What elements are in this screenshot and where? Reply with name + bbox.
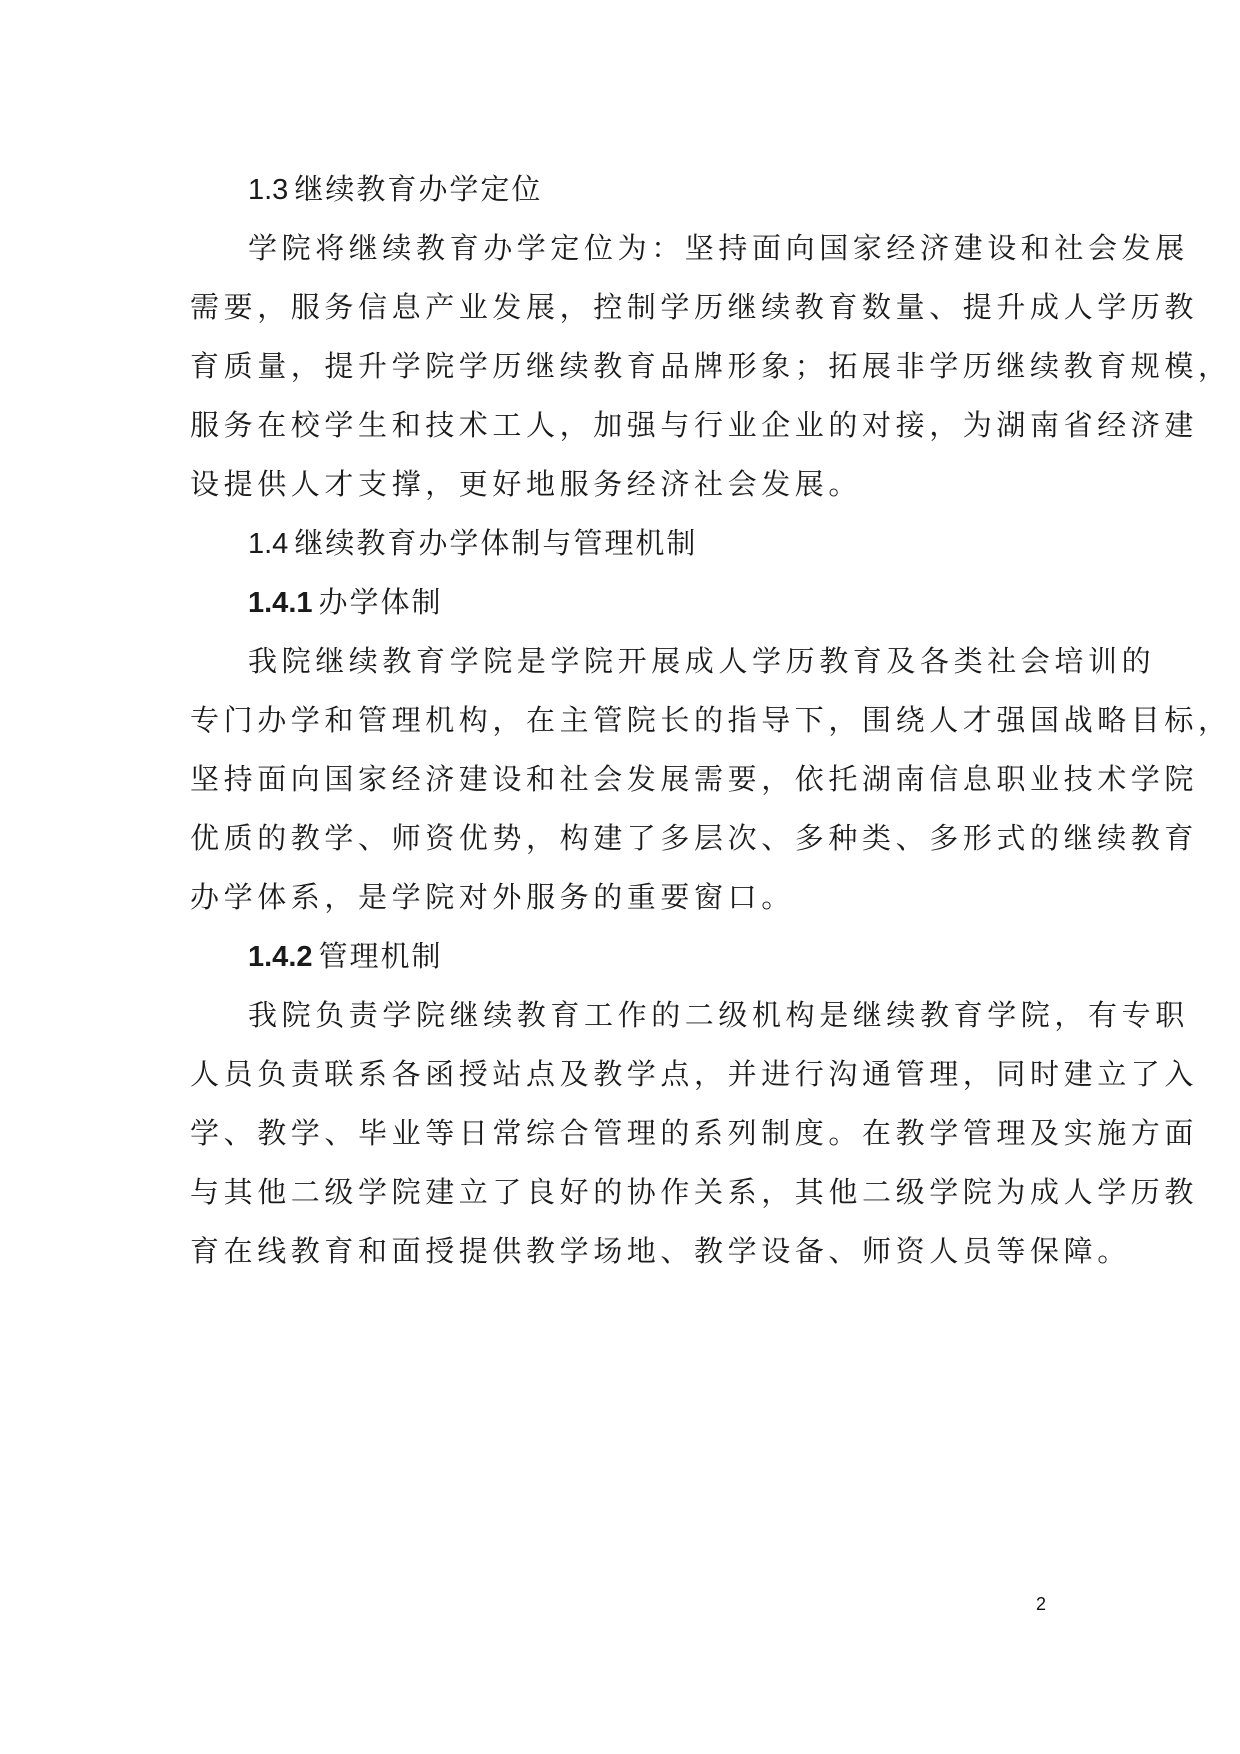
- section-number: 1.3: [248, 174, 288, 206]
- paragraph-line: 服务在校学生和技术工人，加强与行业企业的对接，为湖南省经济建: [190, 396, 1060, 455]
- subsection-heading-1-4-2: 1.4.2管理机制: [190, 927, 1060, 986]
- paragraph-line: 育质量，提升学院学历继续教育品牌形象；拓展非学历继续教育规模，: [190, 337, 1060, 396]
- paragraph-school-system: 我院继续教育学院是学院开展成人学历教育及各类社会培训的 专门办学和管理机构，在主…: [190, 632, 1060, 927]
- paragraph-line: 需要，服务信息产业发展，控制学历继续教育数量、提升成人学历教: [190, 278, 1060, 337]
- paragraph-line: 学、教学、毕业等日常综合管理的系列制度。在教学管理及实施方面: [190, 1104, 1060, 1163]
- subsection-number: 1.4.1: [248, 587, 313, 619]
- document-page: 1.3继续教育办学定位 学院将继续教育办学定位为：坚持面向国家经济建设和社会发展…: [0, 0, 1240, 1754]
- page-content: 1.3继续教育办学定位 学院将继续教育办学定位为：坚持面向国家经济建设和社会发展…: [190, 160, 1060, 1281]
- paragraph-line: 坚持面向国家经济建设和社会发展需要，依托湖南信息职业技术学院: [190, 750, 1060, 809]
- page-number: 2: [1036, 1594, 1046, 1615]
- paragraph-positioning: 学院将继续教育办学定位为：坚持面向国家经济建设和社会发展 需要，服务信息产业发展…: [190, 219, 1060, 514]
- subsection-title: 管理机制: [319, 939, 443, 973]
- paragraph-line: 优质的教学、师资优势，构建了多层次、多种类、多形式的继续教育: [190, 809, 1060, 868]
- paragraph-line: 我院继续教育学院是学院开展成人学历教育及各类社会培训的: [190, 632, 1060, 691]
- paragraph-line: 我院负责学院继续教育工作的二级机构是继续教育学院，有专职: [190, 986, 1060, 1045]
- subsection-number: 1.4.2: [248, 941, 313, 973]
- paragraph-line: 专门办学和管理机构，在主管院长的指导下，围绕人才强国战略目标，: [190, 691, 1060, 750]
- paragraph-line: 设提供人才支撑，更好地服务经济社会发展。: [190, 455, 1060, 514]
- section-title: 继续教育办学体制与管理机制: [294, 526, 697, 560]
- paragraph-line: 与其他二级学院建立了良好的协作关系，其他二级学院为成人学历教: [190, 1163, 1060, 1222]
- section-heading-1-3: 1.3继续教育办学定位: [190, 160, 1060, 219]
- section-heading-1-4: 1.4继续教育办学体制与管理机制: [190, 514, 1060, 573]
- subsection-heading-1-4-1: 1.4.1办学体制: [190, 573, 1060, 632]
- paragraph-line: 育在线教育和面授提供教学场地、教学设备、师资人员等保障。: [190, 1222, 1060, 1281]
- subsection-title: 办学体制: [319, 585, 443, 619]
- section-number: 1.4: [248, 528, 288, 560]
- section-title: 继续教育办学定位: [294, 172, 542, 206]
- paragraph-line: 人员负责联系各函授站点及教学点，并进行沟通管理，同时建立了入: [190, 1045, 1060, 1104]
- paragraph-management-mechanism: 我院负责学院继续教育工作的二级机构是继续教育学院，有专职 人员负责联系各函授站点…: [190, 986, 1060, 1281]
- paragraph-line: 学院将继续教育办学定位为：坚持面向国家经济建设和社会发展: [190, 219, 1060, 278]
- paragraph-line: 办学体系，是学院对外服务的重要窗口。: [190, 868, 1060, 927]
